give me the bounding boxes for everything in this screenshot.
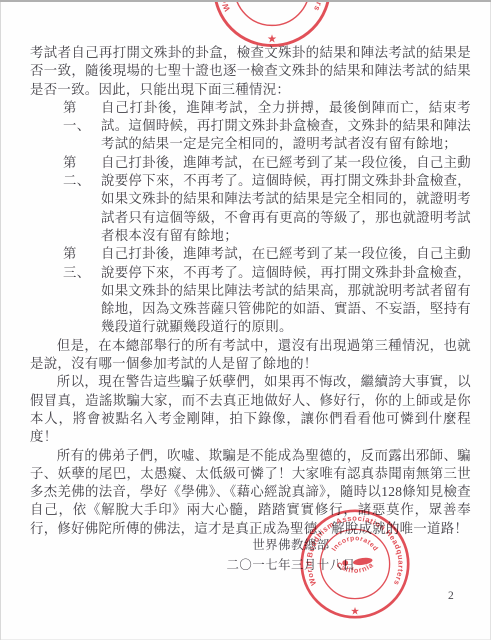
seal-star-icon: ★ [350, 607, 359, 618]
list-item-text: 自己打卦後，進陣考試，在已經考到了某一段位後，自己主動說要停下來，不再考了。這個… [101, 245, 471, 336]
page-number: 2 [448, 590, 454, 602]
seal-inner-ring [235, 0, 310, 25]
paragraph-no-third-case: 但是，在本總部舉行的所有考試中，還沒有出現過第三種情況，也就是說，沒有哪一個參加… [30, 337, 471, 374]
scanned-document-page: World Buddhism Association Headquarters … [0, 0, 491, 640]
list-item-text: 自己打卦後，進陣考試，全力拼搏，最後倒陣而亡，結束考試。這個時候，再打開文殊卦卦… [101, 99, 471, 154]
org-seal-bottom: World Buddhism Association Headquarters … [293, 502, 417, 626]
list-item-label: 第二、 [63, 154, 101, 245]
list-item-first: 第一、 自己打卦後，進陣考試，全力拼搏，最後倒陣而亡，結束考試。這個時候，再打開… [30, 99, 471, 154]
seal-incorporated-text: Incorporated [331, 535, 379, 553]
list-item-text: 自己打卦後，進陣考試，在已經考到了某一段位後，自己主動說要停下來，不再考了。這個… [101, 154, 471, 245]
list-item-label: 第一、 [63, 99, 101, 154]
list-item-second: 第二、 自己打卦後，進陣考試，在已經考到了某一段位後，自己主動說要停下來，不再考… [30, 154, 471, 245]
intro-paragraph: 考試者自己再打開文殊卦的卦盒，檢查文殊卦的結果和陣法考試的結果是否一致，隨後現場… [30, 44, 471, 99]
list-item-third: 第三、 自己打卦後，進陣考試，在已經考到了某一段位後，自己主動說要停下來，不再考… [30, 245, 471, 336]
document-body: 考試者自己再打開文殊卦的卦盒，檢查文殊卦的結果和陣法考試的結果是否一致，隨後現場… [30, 44, 471, 538]
list-item-label: 第三、 [63, 245, 101, 336]
seal-outer-text: World Buddhism Association Headquarters [218, 0, 326, 13]
paragraph-warning: 所以，現在警告這些騙子妖孽們，如果再不悔改，繼續誇大事實，以假冒真，造謠欺騙大家… [30, 373, 471, 446]
seal-ink-dot [342, 560, 348, 566]
